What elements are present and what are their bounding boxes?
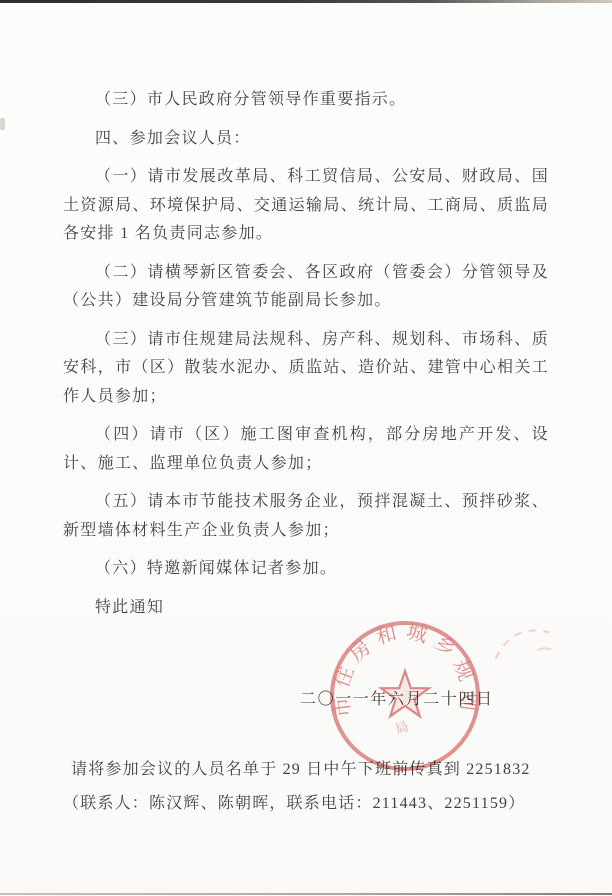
seal-ink-smudge <box>490 616 560 676</box>
paragraph-item-2: （二）请横琴新区管委会、各区政府（管委会）分管领导及（公共）建设局分管建筑节能副… <box>63 259 549 316</box>
seal-partial-character: 局 <box>393 719 410 737</box>
paragraph-item-6: （六）特邀新闻媒体记者参加。 <box>63 555 549 584</box>
scan-edge-top <box>0 0 612 3</box>
footer-note: 请将参加会议的人员名单于 29 日中午下班前传真到 2251832 （联系人：陈… <box>63 753 563 821</box>
scan-artifact <box>0 118 5 130</box>
star-icon <box>381 671 429 716</box>
paragraph-directive: （三）市人民政府分管领导作重要指示。 <box>63 86 549 115</box>
section-heading-participants: 四、参加会议人员： <box>63 125 549 154</box>
official-seal: 市住房和城乡规划 局 <box>327 618 483 774</box>
paragraph-item-1: （一）请市发展改革局、科工贸信局、公安局、财政局、国土资源局、环境保护局、交通运… <box>63 163 549 249</box>
document-body: （三）市人民政府分管领导作重要指示。 四、参加会议人员： （一）请市发展改革局、… <box>63 86 549 632</box>
paragraph-item-3: （三）请市住规建局法规科、房产科、规划科、市场科、质安科，市（区）散装水泥办、质… <box>63 326 549 412</box>
scan-edge-bottom <box>0 893 612 895</box>
paragraph-item-4: （四）请市（区）施工图审查机构，部分房地产开发、设计、施工、监理单位负责人参加； <box>63 421 549 478</box>
scanned-document-page: （三）市人民政府分管领导作重要指示。 四、参加会议人员： （一）请市发展改革局、… <box>0 0 612 896</box>
footer-line-contacts: （联系人：陈汉辉、陈朝晖，联系电话：211443、2251159） <box>63 787 563 821</box>
paragraph-item-5: （五）请本市节能技术服务企业，预拌混凝土、预拌砂浆、新型墙体材料生产企业负责人参… <box>63 488 549 545</box>
footer-line-fax: 请将参加会议的人员名单于 29 日中午下班前传真到 2251832 <box>63 753 563 787</box>
